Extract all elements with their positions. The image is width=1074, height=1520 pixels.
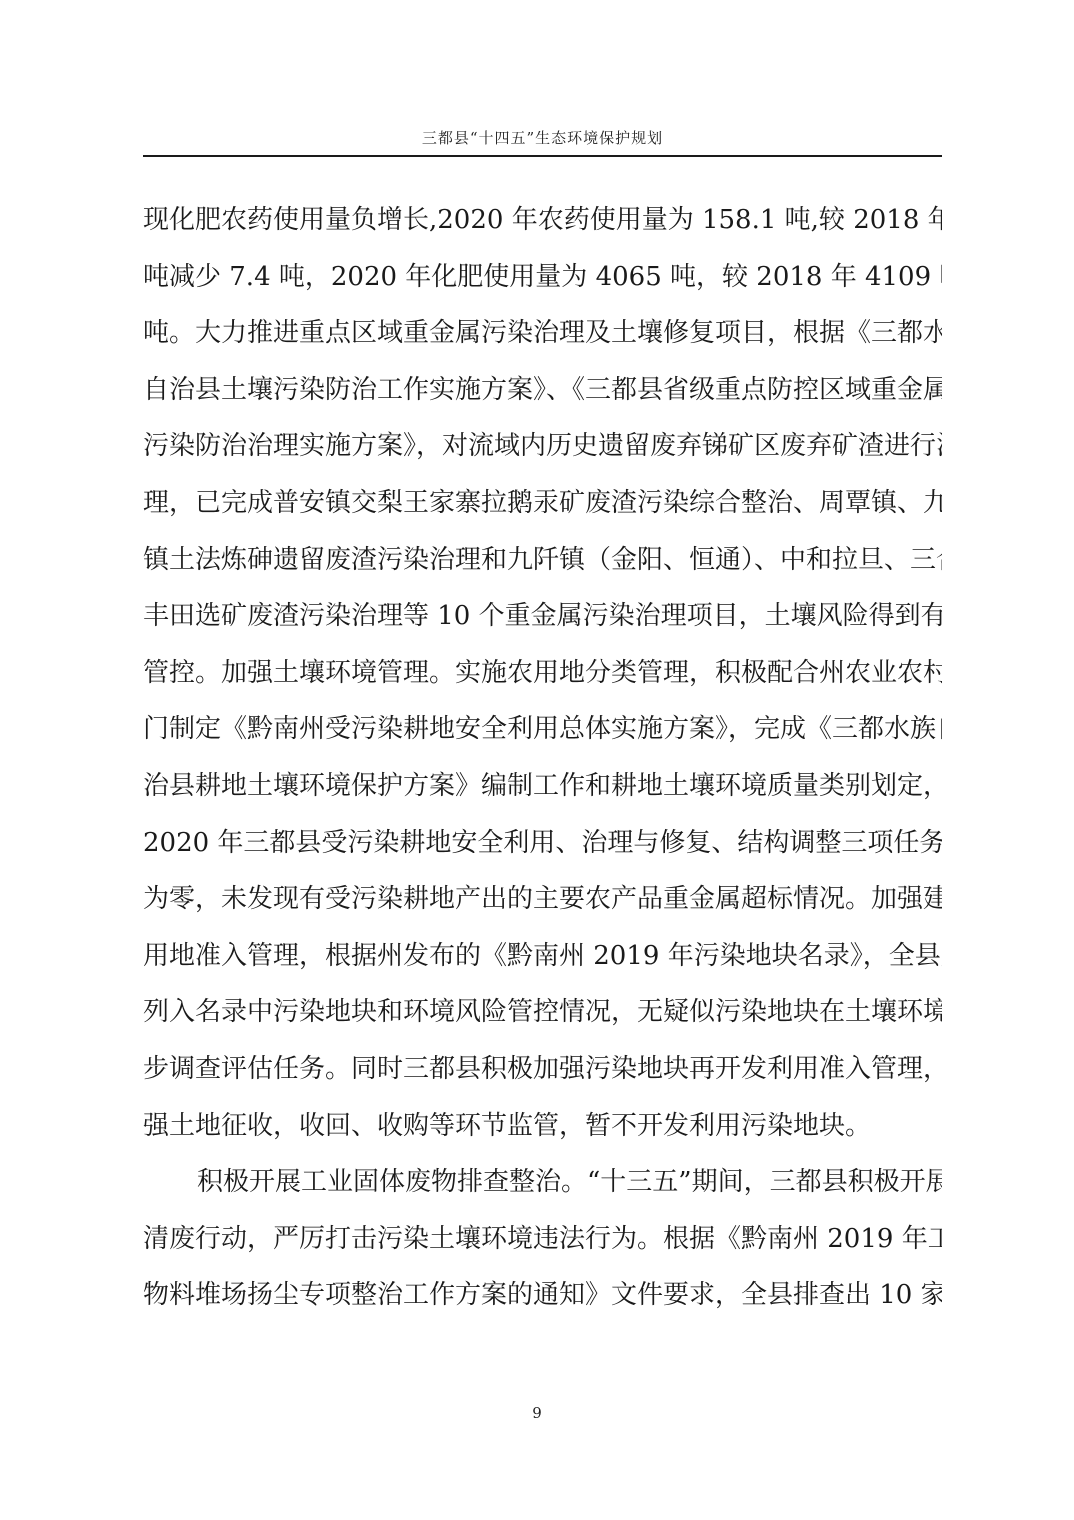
- text-line: 积极开展工业固体废物排查整治。“十三五”期间，三都县积极开展: [143, 1154, 942, 1211]
- text-line: 强土地征收，收回、收购等环节监管，暂不开发利用污染地块。: [143, 1098, 942, 1155]
- text-line: 吨。大力推进重点区域重金属污染治理及土壤修复项目，根据《三都水族: [143, 305, 942, 362]
- text-line: 门制定《黔南州受污染耕地安全利用总体实施方案》，完成《三都水族自: [143, 701, 942, 758]
- text-line: 镇土法炼砷遗留废渣污染治理和九阡镇（金阳、恒通）、中和拉旦、三合: [143, 532, 942, 589]
- paragraph-1: 现化肥农药使用量负增长,2020 年农药使用量为 158.1 吨,较 2018 …: [143, 192, 942, 1154]
- text-line: 理，已完成普安镇交梨王家寨拉鹅汞矿废渣污染综合整治、周覃镇、九阡: [143, 475, 942, 532]
- text-line: 物料堆场扬尘专项整治工作方案的通知》文件要求，全县排查出 10 家建: [143, 1267, 942, 1324]
- text-line: 2020 年三都县受污染耕地安全利用、治理与修复、结构调整三项任务数: [143, 815, 942, 872]
- text-line: 管控。加强土壤环境管理。实施农用地分类管理，积极配合州农业农村部: [143, 645, 942, 702]
- body-text: 现化肥农药使用量负增长,2020 年农药使用量为 158.1 吨,较 2018 …: [143, 192, 942, 1324]
- text-line: 为零，未发现有受污染耕地产出的主要农产品重金属超标情况。加强建设: [143, 871, 942, 928]
- header-divider: [143, 155, 942, 157]
- page-number: 9: [0, 1404, 1074, 1422]
- text-line: 自治县土壤污染防治工作实施方案》、《三都县省级重点防控区域重金属: [143, 362, 942, 419]
- text-line: 列入名录中污染地块和环境风险管控情况，无疑似污染地块在土壤环境初: [143, 984, 942, 1041]
- text-line: 清废行动，严厉打击污染土壤环境违法行为。根据《黔南州 2019 年工业: [143, 1211, 942, 1268]
- running-header: 三都县“十四五”生态环境保护规划: [143, 128, 942, 148]
- text-line: 吨减少 7.4 吨，2020 年化肥使用量为 4065 吨，较 2018 年 4…: [143, 249, 942, 306]
- paragraph-2: 积极开展工业固体废物排查整治。“十三五”期间，三都县积极开展 清废行动，严厉打击…: [143, 1154, 942, 1324]
- text-line: 污染防治治理实施方案》，对流域内历史遗留废弃锑矿区废弃矿渣进行治: [143, 418, 942, 475]
- text-line: 步调查评估任务。同时三都县积极加强污染地块再开发利用准入管理，加: [143, 1041, 942, 1098]
- text-line: 用地准入管理，根据州发布的《黔南州 2019 年污染地块名录》，全县无: [143, 928, 942, 985]
- text-line: 治县耕地土壤环境保护方案》编制工作和耕地土壤环境质量类别划定，: [143, 758, 942, 815]
- text-line: 现化肥农药使用量负增长,2020 年农药使用量为 158.1 吨,较 2018 …: [143, 192, 942, 249]
- text-line: 丰田选矿废渣污染治理等 10 个重金属污染治理项目，土壤风险得到有效: [143, 588, 942, 645]
